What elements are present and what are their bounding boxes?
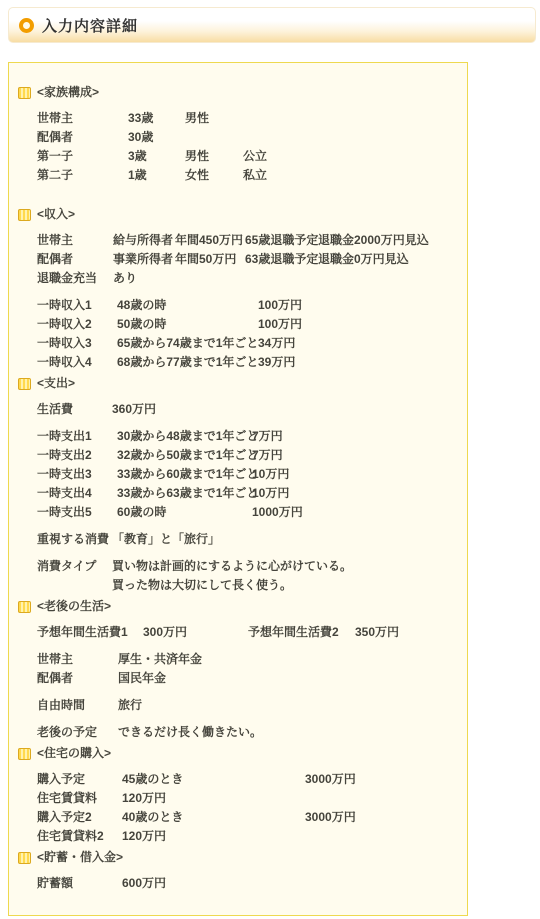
timing-value: 33歳から60歳まで1年ごと [117,465,252,484]
row-label: 一時支出4 [37,484,117,503]
retirement-cost-group: 予想年間生活費1 300万円 予想年間生活費2 350万円 [37,623,457,642]
savings-row: 貯蓄額 600万円 [37,874,457,893]
row-label: 世帯主 [37,109,128,128]
timing-value: 120万円 [122,827,305,846]
amount-value: 10万円 [252,465,457,484]
priority-value: 「教育」と「旅行」 [112,530,457,549]
section-expense-header: <支出> [18,374,457,393]
annual-amount-value: 年間50万円 [175,250,245,269]
striped-list-icon [18,87,31,99]
row-label: 世帯主 [37,231,113,250]
gender-value: 男性 [185,147,243,166]
row-label: 一時収入4 [37,353,117,372]
age-value: 30歳 [128,128,185,147]
row-label: 自由時間 [37,696,118,715]
school-type-value: 私立 [243,166,457,185]
row-label: 一時収入2 [37,315,117,334]
row-label: 住宅賃貸料 [37,789,122,808]
section-savings-header: <貯蓄・借入金> [18,848,457,867]
timing-value: 32歳から50歳まで1年ごと [117,446,252,465]
timing-value: 65歳から74歳まで1年ごと [117,334,258,353]
income-main-table: 世帯主 給与所得者 年間450万円 65歳退職予定 退職金2000万円見込 配偶… [37,231,457,288]
retirement-plan-group: 老後の予定 できるだけ長く働きたい。 [37,723,457,742]
section-retirement: <老後の生活> 予想年間生活費1 300万円 予想年間生活費2 350万円 世帯… [37,597,457,742]
row-label: 生活費 [37,400,112,419]
consume-type-value: 買い物は計画的にするように心がけている。 買った物は大切にして長く使う。 [112,557,457,595]
timing-value: 33歳から63歳まで1年ごと [117,484,252,503]
content-panel: <家族構成> 世帯主 33歳 男性 配偶者 30歳 [8,62,468,916]
temp-income-row: 一時収入2 50歳の時 100万円 [37,315,457,334]
timing-value: 48歳の時 [117,296,258,315]
section-title: <家族構成> [37,83,99,102]
section-savings: <貯蓄・借入金> 貯蓄額 600万円 [37,848,457,893]
timing-value: 50歳の時 [117,315,258,334]
amount-value: 3000万円 [305,808,457,827]
retire-pay-value: 退職金2000万円見込 [318,231,457,250]
row-label: 配偶者 [37,250,113,269]
expense-temp-table: 一時支出1 30歳から48歳まで1年ごと 7万円 一時支出2 32歳から50歳ま… [37,427,457,522]
school-type-value: 公立 [243,147,457,166]
temp-expense-row: 一時支出1 30歳から48歳まで1年ごと 7万円 [37,427,457,446]
amount-value: 100万円 [258,296,457,315]
striped-list-icon [18,209,31,221]
family-row: 第一子 3歳 男性 公立 [37,147,457,166]
temp-expense-row: 一時支出5 60歳の時 1000万円 [37,503,457,522]
temp-income-row: 一時収入4 68歳から77歳まで1年ごと 39万円 [37,353,457,372]
retire-age-value: 65歳退職予定 [245,231,318,250]
plan-value: できるだけ長く働きたい。 [118,723,457,742]
pension-table: 世帯主 厚生・共済年金 配偶者 国民年金 [37,650,457,688]
retirement-plan-row: 老後の予定 できるだけ長く働きたい。 [37,723,457,742]
amount-value: 3000万円 [305,770,457,789]
housing-row: 住宅賃貸料2 120万円 [37,827,457,846]
free-time-group: 自由時間 旅行 [37,696,457,715]
consume-type-group: 消費タイプ 買い物は計画的にするように心がけている。 買った物は大切にして長く使… [37,557,457,595]
housing-table: 購入予定 45歳のとき 3000万円 住宅賃貸料 120万円 購入予定2 40歳… [37,770,457,846]
section-title: <老後の生活> [37,597,111,616]
row-label: 一時支出1 [37,427,117,446]
row-label: 配偶者 [37,669,118,688]
row-label: 世帯主 [37,650,118,669]
pension-type-value: 国民年金 [118,669,457,688]
consume-type-line: 買った物は大切にして長く使う。 [112,576,457,595]
striped-list-icon [18,378,31,390]
income-temp-table: 一時収入1 48歳の時 100万円 一時収入2 50歳の時 100万円 一時収入… [37,296,457,372]
savings-table: 貯蓄額 600万円 [37,874,457,893]
amount-value: 600万円 [122,874,457,893]
row-label: 購入予定 [37,770,122,789]
retire-age-value [245,269,318,288]
row-label: 一時支出5 [37,503,117,522]
section-income-header: <収入> [18,205,457,224]
income-row: 世帯主 給与所得者 年間450万円 65歳退職予定 退職金2000万円見込 [37,231,457,250]
row-label: 一時収入1 [37,296,117,315]
consume-type-line: 買い物は計画的にするように心がけている。 [112,557,457,576]
page-title: 入力内容詳細 [42,15,138,36]
amount-value [305,789,457,808]
family-row: 世帯主 33歳 男性 [37,109,457,128]
row-label: 重視する消費 [37,530,112,549]
gender-value [185,128,243,147]
cost2-value: 350万円 [355,623,457,642]
section-title: <貯蓄・借入金> [37,848,123,867]
income-type-value: 事業所得者 [113,250,175,269]
row-label: 予想年間生活費1 [37,623,143,642]
priority-consumption-group: 重視する消費 「教育」と「旅行」 [37,530,457,549]
section-housing: <住宅の購入> 購入予定 45歳のとき 3000万円 住宅賃貸料 120万円 [37,744,457,846]
amount-value: 34万円 [258,334,457,353]
section-expense: <支出> 生活費 360万円 一時支出1 30歳から48歳まで1年ごと 7万円 [37,374,457,595]
amount-value: 1000万円 [252,503,457,522]
retire-age-value: 63歳退職予定 [245,250,318,269]
family-row: 配偶者 30歳 [37,128,457,147]
amount-value: 360万円 [112,400,457,419]
row-label: 第一子 [37,147,128,166]
row-label: 予想年間生活費2 [248,623,355,642]
pension-row: 配偶者 国民年金 [37,669,457,688]
row-label: 住宅賃貸料2 [37,827,122,846]
income-row: 退職金充当 あり [37,269,457,288]
amount-value: 7万円 [252,427,457,446]
age-value: 33歳 [128,109,185,128]
section-family: <家族構成> 世帯主 33歳 男性 配偶者 30歳 [37,83,457,185]
cost1-value: 300万円 [143,623,248,642]
section-housing-header: <住宅の購入> [18,744,457,763]
page: 入力内容詳細 <家族構成> 世帯主 33歳 男性 [0,0,540,916]
section-income: <収入> 世帯主 給与所得者 年間450万円 65歳退職予定 退職金2000万円… [37,205,457,372]
gender-value: 男性 [185,109,243,128]
amount-value: 100万円 [258,315,457,334]
free-time-row: 自由時間 旅行 [37,696,457,715]
living-cost-row: 生活費 360万円 [37,400,457,419]
age-value: 3歳 [128,147,185,166]
row-label: 退職金充当 [37,269,113,288]
annual-amount-value [175,269,245,288]
timing-value: 40歳のとき [122,808,305,827]
priority-consumption-row: 重視する消費 「教育」と「旅行」 [37,530,457,549]
amount-value: 10万円 [252,484,457,503]
temp-income-row: 一時収入1 48歳の時 100万円 [37,296,457,315]
section-family-header: <家族構成> [18,83,457,102]
row-label: 貯蓄額 [37,874,122,893]
striped-list-icon [18,601,31,613]
timing-value: 68歳から77歳まで1年ごと [117,353,258,372]
amount-value: 39万円 [258,353,457,372]
retire-pay-value [318,269,457,288]
temp-expense-row: 一時支出3 33歳から60歳まで1年ごと 10万円 [37,465,457,484]
section-title: <収入> [37,205,75,224]
row-label: 消費タイプ [37,557,112,595]
housing-row: 購入予定2 40歳のとき 3000万円 [37,808,457,827]
living-cost-group: 生活費 360万円 [37,400,457,419]
timing-value: 60歳の時 [117,503,252,522]
retirement-cost-row: 予想年間生活費1 300万円 予想年間生活費2 350万円 [37,623,457,642]
page-header: 入力内容詳細 [8,7,536,43]
housing-row: 住宅賃貸料 120万円 [37,789,457,808]
section-retirement-header: <老後の生活> [18,597,457,616]
gender-value: 女性 [185,166,243,185]
section-title: <住宅の購入> [37,744,111,763]
income-type-value: あり [113,269,175,288]
row-label: 一時支出2 [37,446,117,465]
age-value: 1歳 [128,166,185,185]
row-label: 一時収入3 [37,334,117,353]
temp-income-row: 一時収入3 65歳から74歳まで1年ごと 34万円 [37,334,457,353]
consume-type-row: 消費タイプ 買い物は計画的にするように心がけている。 買った物は大切にして長く使… [37,557,457,595]
timing-value: 30歳から48歳まで1年ごと [117,427,252,446]
amount-value [305,827,457,846]
timing-value: 120万円 [122,789,305,808]
family-table: 世帯主 33歳 男性 配偶者 30歳 第一子 3歳 [37,109,457,185]
section-title: <支出> [37,374,75,393]
orange-ring-bullet-icon [19,18,34,33]
school-type-value [243,109,457,128]
annual-amount-value: 年間450万円 [175,231,245,250]
pension-row: 世帯主 厚生・共済年金 [37,650,457,669]
striped-list-icon [18,852,31,864]
row-label: 一時支出3 [37,465,117,484]
row-label: 配偶者 [37,128,128,147]
retire-pay-value: 退職金0万円見込 [318,250,457,269]
family-row: 第二子 1歳 女性 私立 [37,166,457,185]
school-type-value [243,128,457,147]
row-label: 第二子 [37,166,128,185]
row-label: 購入予定2 [37,808,122,827]
amount-value: 7万円 [252,446,457,465]
housing-row: 購入予定 45歳のとき 3000万円 [37,770,457,789]
temp-expense-row: 一時支出4 33歳から63歳まで1年ごと 10万円 [37,484,457,503]
row-label: 老後の予定 [37,723,118,742]
income-type-value: 給与所得者 [113,231,175,250]
timing-value: 45歳のとき [122,770,305,789]
temp-expense-row: 一時支出2 32歳から50歳まで1年ごと 7万円 [37,446,457,465]
income-row: 配偶者 事業所得者 年間50万円 63歳退職予定 退職金0万円見込 [37,250,457,269]
striped-list-icon [18,748,31,760]
free-time-value: 旅行 [118,696,457,715]
pension-type-value: 厚生・共済年金 [118,650,457,669]
